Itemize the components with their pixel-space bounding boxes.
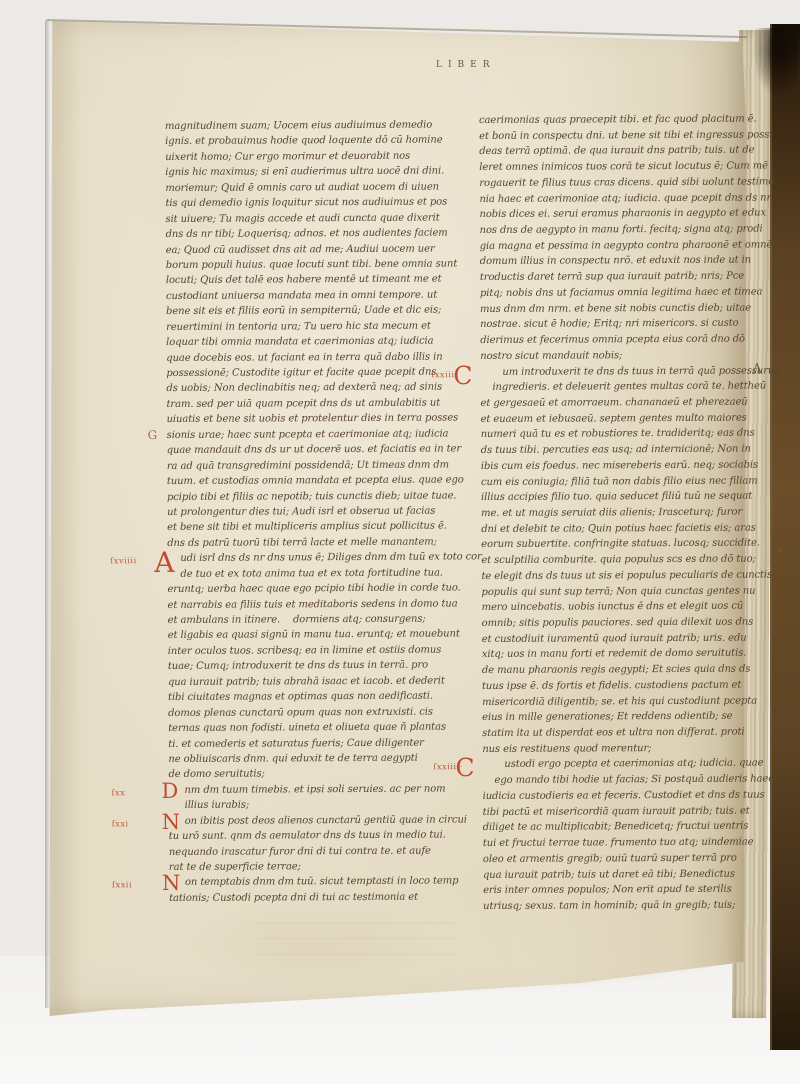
line-text: mus dnm dm nrm. et bene sit nobis cuncti… [480,302,751,314]
line-text: dns ds nr tibi; Loquerisq; adnos. et nos… [166,228,448,240]
line-text: ustodi ergo pcepta et caerimonias atq; i… [504,758,763,770]
line-text: quae docebis eos. ut faciant ea in terra… [166,351,442,363]
line-text: caerimonias quas praecepit tibi. et fac … [479,114,757,126]
line-text: populis qui sunt sup terrā; Non quia cun… [481,585,755,597]
binding-corner-shadow [752,28,798,98]
line-text: pcipio tibi et filiis ac nepotib; tuis c… [167,490,457,503]
line-text: uiuatis et bene sit uobis et protelentur… [167,413,459,426]
text-line: eius in mille generationes; Et reddens o… [482,709,758,726]
text-line: tuum. et custodias omnia mandata et pcep… [167,473,459,490]
text-line: illius iurabis; [169,797,461,814]
line-text: diliget te ac multiplicabit; Benedicetq;… [483,821,749,833]
text-line: custodiant uniuersa mandata mea in omni … [166,287,458,304]
text-line: pitq; nobis dns ut faciamus omnia legiti… [480,284,756,301]
line-text: et ligabis ea quasi signū in manu tua. e… [168,629,460,642]
rubric-initial: C [453,363,472,388]
text-line: quae docebis eos. ut faciant ea in terra… [166,349,458,366]
line-text: locuti; Quis det talē eos habere mentē u… [166,274,442,286]
line-text: cum eis coniugia; filiā tuā non dabis fi… [481,475,758,487]
text-line: tis qui demedio ignis loquitur sicut nos… [165,195,457,212]
line-text: tu urō sunt. qnm ds aemulator dns ds tuu… [169,830,446,842]
line-text: et sculptilia comburite. quia populus sc… [481,554,755,566]
line-text: eorum subuertite. confringite statuas. l… [481,538,760,550]
text-line: loquar tibi omnia mandata et caerimonias… [166,334,458,351]
line-text: qua iurauit patrib; tuis abrahā isaac et… [168,675,445,687]
text-line: caerimonias quas praecepit tibi. et fac … [479,112,755,129]
text-line: cum eis coniugia; filiā tuā non dabis fi… [481,473,757,490]
line-text: nequando irascatur furor dni di tui cont… [169,845,431,857]
line-text: et euaeum et iebusaeū. septem gentes mul… [481,412,747,424]
text-line: rat te de superficie terrae; [169,858,461,875]
line-text: rogauerit te filius tuus cras dicens. qu… [479,176,774,189]
line-text: omnib; sitis populis pauciores. sed quia… [482,617,753,629]
text-line: leret omnes inimicos tuos corā te sicut … [479,159,755,176]
text-line: ingredieris. et deleuerit gentes multas … [480,379,756,396]
line-text: et narrabis ea filiis tuis et meditabori… [168,598,458,611]
paragraph-mark: G [148,428,158,444]
text-line: ternas quas non fodisti. uineta et oliue… [168,720,460,737]
text-line: xitq; uos in manu forti et redemit de do… [482,646,758,663]
text-line: pcipio tibi et filiis ac nepotib; tuis c… [167,488,459,505]
line-text: tationis; Custodi pcepta dni di tui ac t… [169,892,418,904]
line-text: iudicia custodieris ea et feceris. Custo… [483,789,765,801]
line-text: ibis cum eis foedus. nec misereberis ear… [481,459,758,471]
line-text: de domo seruitutis; [168,769,264,781]
line-text: et gergesaeū et amorraeum. chananaeū et … [480,397,747,409]
text-line: ti. et comederis et saturatus fueris; Ca… [168,735,460,752]
text-line: illius accipies filio tuo. quia seducet … [481,489,757,506]
text-line: mus dnm dm nrm. et bene sit nobis cuncti… [480,300,756,317]
line-text: domum illius in conspectu nrō. et eduxit… [480,255,751,267]
text-line: ſxxii N on temptabis dnm dm tuū. sicut t… [169,874,461,891]
text-line: dierimus et fecerimus omnia pcepta eius … [480,332,756,349]
line-text: ds tuus tibi. percuties eas usq; ad inte… [481,444,751,456]
text-line: ſxxiiii· C ustodi ergo pcepta et caerimo… [482,756,758,773]
text-line: ne obliuiscaris dnm. qui eduxit te de te… [168,750,460,767]
text-line: iudicia custodieris ea et feceris. Custo… [483,787,759,804]
text-line: eorum subuertite. confringite statuas. l… [481,536,757,553]
line-text: loquar tibi omnia mandata et caerimonias… [166,336,433,348]
text-line: domos plenas cunctarū opum quas non extr… [168,704,460,721]
text-line: et bonū in conspectu dni. ut bene sit ti… [479,127,755,144]
text-line: gia magna et pessima in aegypto contra p… [480,237,756,254]
text-line: de domo seruitutis; [168,766,460,783]
line-text: inter oculos tuos. scribesq; ea in limin… [168,644,442,656]
text-line: uixerit homo; Cur ergo morimur et deuora… [165,148,457,165]
text-line: dni et delebit te cito; Quin potius haec… [481,520,757,537]
text-line: ſxviiii A udi isrl dns ds nr dns unus ē;… [167,550,459,567]
line-text: um introduxerit te dns ds tuus in terrā … [502,365,779,377]
text-line: tu urō sunt. qnm ds aemulator dns ds tuu… [169,828,461,845]
text-line: nostro sicut mandauit nobis; [480,347,756,364]
text-line: tibi pactū et misericordiā quam iurauit … [483,803,759,820]
line-text: te elegit dns ds tuus ut sis ei populus … [481,569,772,582]
line-text: nos dns de aegypto in manu forti. fecitq… [480,224,763,236]
text-line: oleo et armentis gregib; ouiū tuarū supe… [483,850,759,867]
text-line: et ambulans in itinere. dormiens atq; co… [168,611,460,628]
line-text: tuae; Cumq; introduxerit te dns ds tuus … [168,660,428,672]
text-line: eruntq; uerba haec quae ego pcipio tibi … [167,581,459,598]
line-text: ti. et comederis et saturatus fueris; Ca… [168,737,424,749]
margin-chapter-number: ſxxii [112,878,132,894]
line-text: eris inter omnes populos; Non erit apud … [483,884,732,896]
text-line: tram. sed per uiā quam pcepit dns ds ut … [166,395,458,412]
line-text: gia magna et pessima in aegypto contra p… [480,239,773,252]
line-text: nobis dices ei. serui eramus pharaonis i… [480,208,767,221]
margin-chapter-number: ſxx [111,785,125,801]
line-text: illius accipies filio tuo. quia seducet … [481,491,752,503]
manuscript-photo: LIBER ~ magnitudinem suam; Uocem eius au… [0,0,800,1084]
text-line: troductis daret terrā sup qua iurauit pa… [480,269,756,286]
line-text: tis qui demedio ignis loquitur sicut nos… [165,197,447,209]
text-line: nos dns de aegypto in manu forti. fecitq… [480,222,756,239]
text-line: te elegit dns ds tuus ut sis ei populus … [481,567,757,584]
text-line: de tuo et ex tota anima tua et ex tota f… [167,565,459,582]
text-line: dns ds nr tibi; Loquerisq; adnos. et nos… [166,226,458,243]
line-text: ego mando tibi hodie ut facias; Si postq… [494,774,773,786]
line-text: nm dm tuum timebis. et ipsi soli seruies… [184,783,445,795]
line-text: eruntq; uerba haec quae ego pcipio tibi … [167,583,460,596]
text-line: moriemur; Quid ē omnis caro ut audiat uo… [165,179,457,196]
text-line: tuus ipse ē. ds fortis et fidelis. custo… [482,677,758,694]
line-text: de tuo et ex tota anima tua et ex tota f… [180,567,443,579]
text-line: ra ad quā transgredimini possidendā; Ut … [167,457,459,474]
line-text: nus eis restituens quod merentur; [482,743,651,755]
line-text: nostrae. sicut ē hodie; Eritq; nri miser… [480,318,739,330]
line-text: nia haec et caerimoniae atq; iudicia. qu… [479,192,771,205]
line-text: rat te de superficie terrae; [169,861,301,873]
text-line: reuertimini in tentoria ura; Tu uero hic… [166,318,458,335]
line-text: pitq; nobis dns ut faciamus omnia legiti… [480,286,762,298]
text-line: nequando irascatur furor dni di tui cont… [169,843,461,860]
text-line: ſxxiii· C um introduxerit te dns ds tuus… [480,363,756,380]
line-text: dni et delebit te cito; Quin potius haec… [481,522,756,534]
text-line: qua iurauit patrib; tuis ut daret eā tib… [483,866,759,883]
text-line: nostrae. sicut ē hodie; Eritq; nri miser… [480,316,756,333]
text-line: ſxx D nm dm tuum timebis. et ipsi soli s… [168,781,460,798]
text-line: diliget te ac multiplicabit; Benedicetq;… [483,819,759,836]
line-text: mero uincebatis. uobis iunctus ē dns et … [482,601,744,613]
running-title: LIBER [436,60,496,70]
line-text: magnitudinem suam; Uocem eius audiuimus … [165,120,432,132]
text-line: ds tuus tibi. percuties eas usq; ad inte… [481,442,757,459]
text-line: tationis; Custodi pcepta dni di tui ac t… [169,889,461,906]
text-line: uiuatis et bene sit uobis et protelentur… [167,411,459,428]
line-text: tram. sed per uiā quam pcepit dns ds ut … [166,397,440,409]
line-text: statim ita ut disperdat eos et ultra non… [482,727,744,739]
text-line: dns ds patrū tuorū tibi terrā lacte et m… [167,534,459,551]
text-line: utriusq; sexus. tam in hominib; quā in g… [483,897,759,914]
line-text: borum populi huius. quae locuti sunt tib… [166,258,458,271]
line-text: reuertimini in tentoria ura; Tu uero hic… [166,320,431,332]
text-line: tui et fructui terrae tuae. frumento tuo… [483,835,759,852]
text-line: et sculptilia comburite. quia populus sc… [481,552,757,569]
text-line: ds uobis; Non declinabitis neq; ad dexte… [166,380,458,397]
text-line: et ligabis ea quasi signū in manu tua. e… [168,627,460,644]
text-line: ego mando tibi hodie ut facias; Si postq… [482,772,758,789]
text-line: nus eis restituens quod merentur; [482,740,758,757]
line-text: possessionē; Custodite igitur et facite … [166,367,436,379]
line-text: leret omnes inimicos tuos corā te sicut … [479,161,768,174]
line-text: domos plenas cunctarū opum quas non extr… [168,706,433,718]
line-text: custodiant uniuersa mandata mea in omni … [166,289,437,301]
text-line: ibis cum eis foedus. nec misereberis ear… [481,457,757,474]
text-line: ignis hic maximus; si enī audierimus ult… [165,164,457,181]
margin-chapter-number: ſxxi [112,816,129,832]
book-binding-edge [770,24,800,1050]
text-line: ſxxi N on ibitis post deos alienos cunct… [169,812,461,829]
line-text: udi isrl dns ds nr dns unus ē; Diliges d… [180,552,481,565]
line-text: numeri quā tu es et robustiores te. trad… [481,428,755,440]
line-text: misericordiā diligentib; se. et his qui … [482,695,757,707]
line-text: quae mandauit dns ds ur ut docerē uos. e… [167,444,461,457]
line-text: ne obliuiscaris dnm. qui eduxit te de te… [168,753,417,765]
line-text: illius iurabis; [185,800,250,811]
margin-correction-mark: Λ [752,361,761,377]
line-text: dns ds patrū tuorū tibi terrā lacte et m… [167,536,437,548]
text-line: et custodiuit iuramentū quod iurauit pat… [482,630,758,647]
text-line: ea; Quod cū audisset dns ait ad me; Audi… [166,241,458,258]
line-text: on temptabis dnm dm tuū. sicut temptasti… [185,876,458,888]
text-line: et narrabis ea filiis tuis et meditabori… [168,596,460,613]
text-line: et gergesaeū et amorraeum. chananaeū et … [480,394,756,411]
line-text: sionis urae; haec sunt pcepta et caerimo… [167,428,449,440]
text-line: ut prolongentur dies tui; Audi isrl et o… [167,503,459,520]
text-line: ignis. et probauimus hodie quod loquente… [165,133,457,150]
text-line: quae mandauit dns ds ur ut docerē uos. e… [167,442,459,459]
text-line: et euaeum et iebusaeū. septem gentes mul… [481,410,757,427]
line-text: et ambulans in itinere. dormiens atq; co… [168,614,426,626]
text-line: misericordiā diligentib; se. et his qui … [482,693,758,710]
text-line: possessionē; Custodite igitur et facite … [166,364,458,381]
line-text: tibi ciuitates magnas et optimas quas no… [168,691,433,703]
line-text: nostro sicut mandauit nobis; [480,350,622,362]
margin-chapter-number: ſxviiii [110,553,137,569]
text-line: tuae; Cumq; introduxerit te dns ds tuus … [168,658,460,675]
text-line: omnib; sitis populis pauciores. sed quia… [482,615,758,632]
text-line: borum populi huius. quae locuti sunt tib… [166,256,458,273]
line-text: tuum. et custodias omnia mandata et pcep… [167,475,464,488]
text-line: bene sit eis et filiis eorū in sempitern… [166,303,458,320]
text-line: qua iurauit patrib; tuis abrahā isaac et… [168,673,460,690]
line-text: deas terrā optimā. de qua iurauit dns pa… [479,145,754,157]
text-line: et bene sit tibi et multipliceris ampliu… [167,519,459,536]
text-line: magnitudinem suam; Uocem eius audiuimus … [165,117,457,134]
line-text: tuus ipse ē. ds fortis et fidelis. custo… [482,680,741,692]
line-text: dierimus et fecerimus omnia pcepta eius … [480,334,745,346]
line-text: de manu pharaonis regis aegypti; Et scie… [482,664,751,676]
line-text: ea; Quod cū audisset dns ait ad me; Audi… [166,243,435,255]
text-line: statim ita ut disperdat eos et ultra non… [482,725,758,742]
text-line: mero uincebatis. uobis iunctus ē dns et … [482,599,758,616]
line-text: utriusq; sexus. tam in hominib; quā in g… [483,900,735,912]
text-line: inter oculos tuos. scribesq; ea in limin… [168,642,460,659]
text-line: de manu pharaonis regis aegypti; Et scie… [482,662,758,679]
line-text: on ibitis post deos alienos cunctarū gen… [185,814,467,826]
line-text: troductis daret terrā sup qua iurauit pa… [480,271,744,283]
line-text: et bonū in conspectu dni. ut bene sit ti… [479,129,772,142]
line-text: tui et fructui terrae tuae. frumento tuo… [483,837,754,849]
text-line: sit uiuere; Tu magis accede et audi cunc… [165,210,457,227]
page-left-edge [45,20,50,1008]
line-text: moriemur; Quid ē omnis caro ut audiat uo… [165,181,439,193]
text-column-left: magnitudinem suam; Uocem eius audiuimus … [165,117,461,906]
line-text: qua iurauit patrib; tuis ut daret eā tib… [483,868,735,880]
line-text: xitq; uos in manu forti et redemit de do… [482,648,747,660]
text-line: domum illius in conspectu nrō. et eduxit… [480,253,756,270]
line-text: et custodiuit iuramentū quod iurauit pat… [482,632,747,644]
line-text: ignis hic maximus; si enī audierimus ult… [165,166,444,178]
line-text: et bene sit tibi et multipliceris ampliu… [167,521,447,533]
line-text: ignis. et probauimus hodie quod loquente… [165,135,442,147]
text-line: me. et ut magis seruiat diis alienis; Ir… [481,505,757,522]
text-line: numeri quā tu es et robustiores te. trad… [481,426,757,443]
line-text: ternas quas non fodisti. uineta et oliue… [168,722,446,734]
line-text: ut prolongentur dies tui; Audi isrl et o… [167,506,435,518]
line-text: ds uobis; Non declinabitis neq; ad dexte… [166,382,442,394]
text-line: tibi ciuitates magnas et optimas quas no… [168,689,460,706]
line-text: ra ad quā transgredimini possidendā; Ut … [167,459,449,471]
text-line: rogauerit te filius tuus cras dicens. qu… [479,174,755,191]
text-line: nobis dices ei. serui eramus pharaonis i… [479,206,755,223]
text-line: populis qui sunt sup terrā; Non quia cun… [481,583,757,600]
text-line: deas terrā optimā. de qua iurauit dns pa… [479,143,755,160]
text-line: nia haec et caerimoniae atq; iudicia. qu… [479,190,755,207]
line-text: sit uiuere; Tu magis accede et audi cunc… [165,212,439,224]
text-line: G sionis urae; haec sunt pcepta et caeri… [167,426,459,443]
rubric-initial: C [455,756,474,781]
line-text: uixerit homo; Cur ergo morimur et deuora… [165,151,410,163]
line-text: oleo et armentis gregib; ouiū tuarū supe… [483,852,737,864]
text-line: eris inter omnes populos; Non erit apud … [483,882,759,899]
line-text: ingredieris. et deleuerit gentes multas … [492,381,766,393]
line-text: eius in mille generationes; Et reddens o… [482,711,732,723]
line-text: tibi pactū et misericordiā quam iurauit … [483,805,750,817]
text-line: locuti; Quis det talē eos habere mentē u… [166,272,458,289]
line-text: me. et ut magis seruiat diis alienis; Ir… [481,507,742,519]
text-column-right: caerimonias quas praecepit tibi. et fac … [479,112,759,915]
line-text: bene sit eis et filiis eorū in sempitern… [166,305,441,317]
